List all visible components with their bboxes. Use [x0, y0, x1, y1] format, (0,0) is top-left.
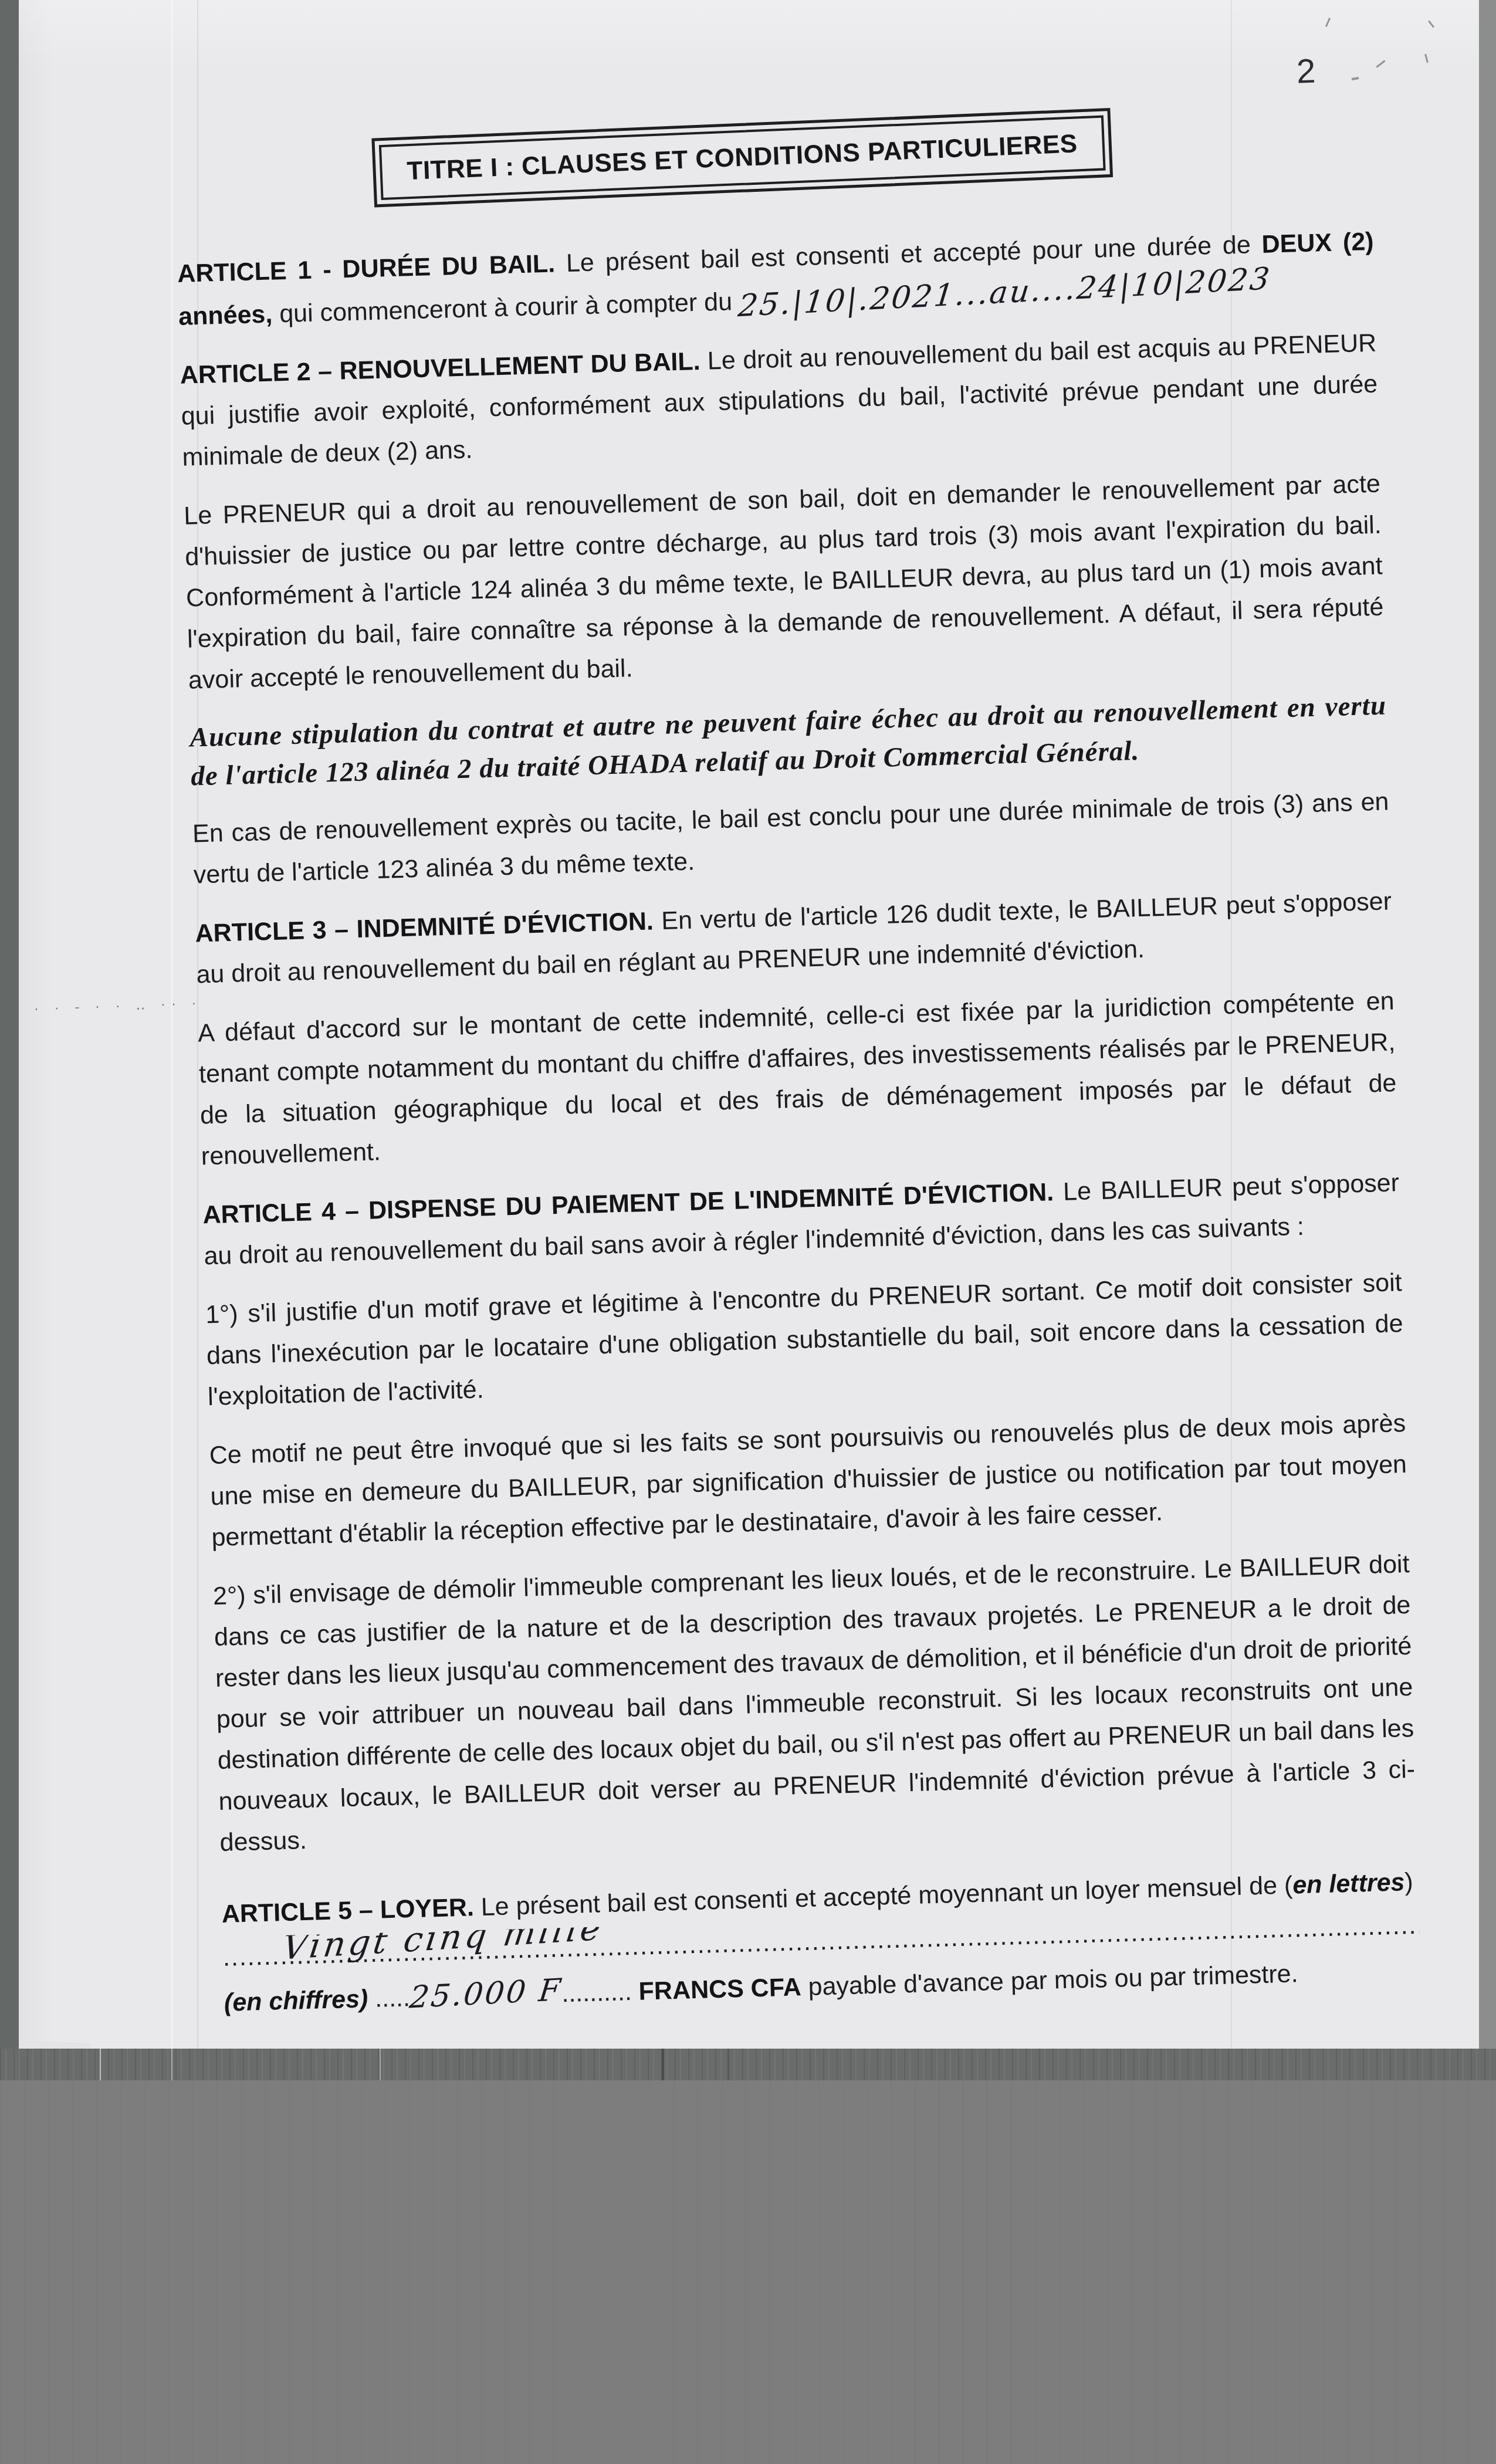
document-body: ARTICLE 1 - DURÉE DU BAIL. Le présent ba…	[177, 221, 1421, 2023]
document-content: TITRE I : CLAUSES ET CONDITIONS PARTICUL…	[174, 106, 1421, 2041]
ohada-clause-paragraph: Aucune stipulation du contrat et autre n…	[189, 686, 1388, 796]
article-2-renouvellement-du-bail: ARTICLE 2 – RENOUVELLEMENT DU BAIL. Le d…	[180, 323, 1379, 478]
article-1-duree-du-bail: ARTICLE 1 - DURÉE DU BAIL. Le présent ba…	[177, 221, 1375, 337]
handwritten-text: 25.000 F	[408, 1969, 564, 2019]
text-segment: qui commenceront à courir à compter du	[272, 287, 740, 329]
indemnite-fixation-paragraph: A défaut d'accord sur le montant de cett…	[197, 980, 1398, 1177]
text-segment: FRANCS CFA	[631, 1973, 801, 2006]
text-segment: Aucune stipulation du contrat et autre n…	[189, 690, 1387, 791]
text-segment: Ce motif ne peut être invoqué que si les…	[209, 1409, 1407, 1552]
article-3-indemnite-eviction: ARTICLE 3 – INDEMNITÉ D'ÉVICTION. En ver…	[195, 881, 1393, 995]
text-segment: En cas de renouvellement exprès ou tacit…	[192, 787, 1389, 889]
scan-streak	[662, 2049, 664, 2080]
text-segment: Le PRENEUR qui a droit au renouvellement…	[184, 470, 1384, 695]
scanner-background-right	[1479, 0, 1496, 2049]
text-segment: 1°) s'il justifie d'un motif grave et lé…	[205, 1268, 1403, 1411]
cas-1-motif-grave: 1°) s'il justifie d'un motif grave et lé…	[205, 1262, 1404, 1417]
scan-streak	[727, 2049, 729, 2080]
text-segment: ARTICLE 1 - DURÉE DU BAIL.	[177, 249, 567, 288]
article-4-dispense-paiement: ARTICLE 4 – DISPENSE DU PAIEMENT DE L'IN…	[202, 1162, 1401, 1277]
text-segment: en lettres	[1292, 1868, 1405, 1899]
scanner-shadow-band	[0, 2049, 1496, 2080]
text-segment: ARTICLE 5 – LOYER.	[221, 1893, 481, 1928]
scan-streak	[171, 2049, 172, 2080]
text-segment: ARTICLE 3 – INDEMNITÉ D'ÉVICTION.	[195, 907, 662, 947]
preneur-renouvellement-paragraph: Le PRENEUR qui a droit au renouvellement…	[183, 463, 1385, 701]
renouvellement-tacite-paragraph: En cas de renouvellement exprès ou tacit…	[192, 781, 1390, 895]
scan-streak	[100, 2049, 101, 2080]
cas-2-demolition: 2°) s'il envisage de démolir l'immeuble …	[212, 1544, 1417, 1863]
text-segment: ARTICLE 4 – DISPENSE DU PAIEMENT DE L'IN…	[202, 1178, 1064, 1230]
text-segment: )	[1404, 1868, 1414, 1896]
text-segment: ARTICLE 2 – RENOUVELLEMENT DU BAIL.	[180, 347, 708, 390]
text-segment: ..........	[561, 1978, 632, 2008]
text-segment: A défaut d'accord sur le montant de cett…	[198, 987, 1397, 1170]
motif-invocation-paragraph: Ce motif ne peut être invoqué que si les…	[209, 1403, 1409, 1558]
text-segment: 2°) s'il envisage de démolir l'immeuble …	[213, 1550, 1416, 1857]
scan-streak	[380, 2049, 381, 2080]
scanned-document-view: 2 · · ‐ · · ‥ ·· · TITRE I : CLAUSES ET …	[0, 0, 1496, 2464]
text-segment: payable d'avance par mois ou par trimest…	[801, 1959, 1298, 2001]
scanner-background-bottom	[0, 2080, 1496, 2464]
text-segment: Le droit au renouvellement du bail est a…	[181, 329, 1378, 472]
text-segment: (en chiffres)	[224, 1985, 375, 2017]
text-segment: .....	[375, 1984, 411, 2013]
page-number: 2	[1296, 51, 1316, 91]
scanner-background-left	[0, 0, 19, 2049]
